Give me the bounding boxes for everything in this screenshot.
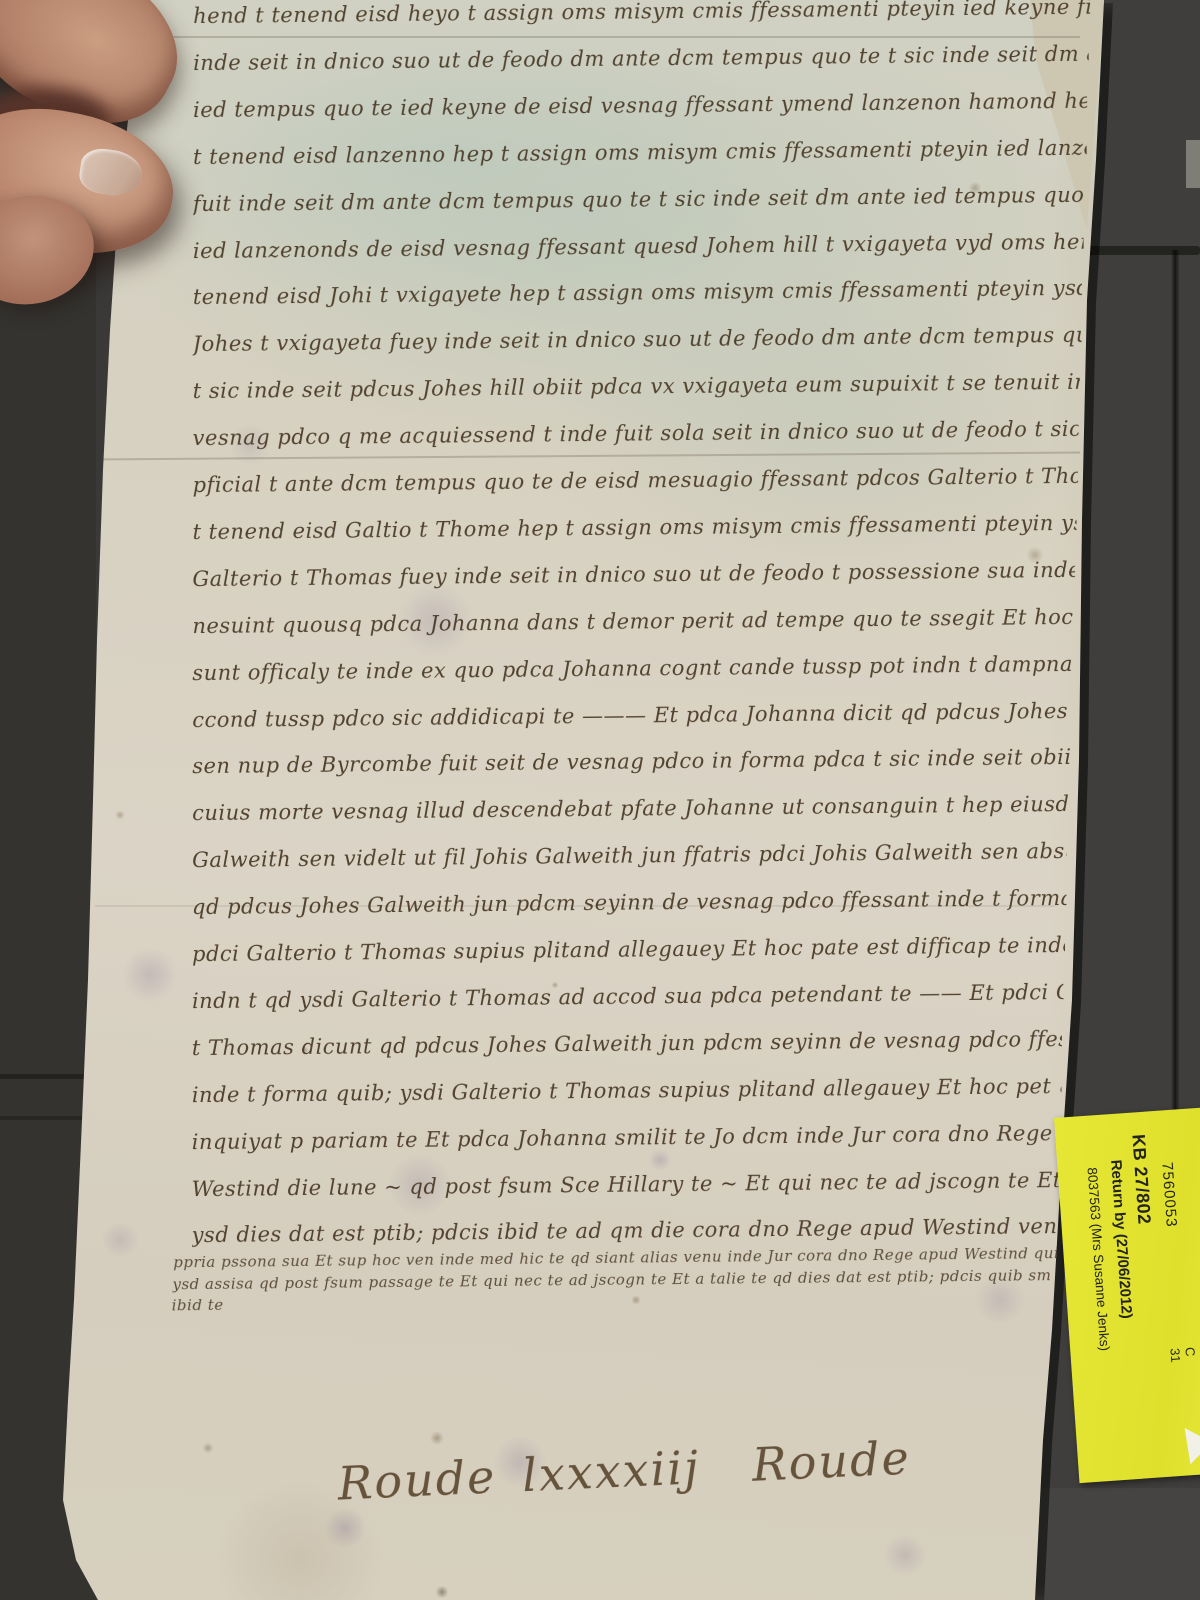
manuscript-line: ysd dies dat est ptib; pdcis ibid te ad … — [191, 1214, 1057, 1247]
manuscript-line: sunt officaly te inde ex quo pdca Johann… — [192, 651, 1072, 684]
label-location-block: 6 C 31 — [1166, 1346, 1200, 1401]
footer-word: lxxxxiij — [521, 1440, 701, 1502]
manuscript-line: t Thomas dicunt qd pdcus Johes Galweith … — [192, 1027, 1063, 1060]
manuscript-line: ied lanzenonds de eisd vesnag ffessant q… — [193, 229, 1084, 262]
manuscript-line: Westind die lune ~ qd post fsum Sce Hill… — [192, 1168, 1059, 1201]
footer-word: Roude — [336, 1449, 497, 1510]
manuscript-line: sen nup de Byrcombe fuit seit de vesnag … — [192, 745, 1070, 778]
background-highlight-patch — [1186, 140, 1200, 188]
manuscript-line: hend t tenend eisd heyo t assign oms mis… — [193, 0, 1090, 28]
manuscript-line: t tenend eisd Galtio t Thome hep t assig… — [192, 511, 1076, 544]
background-seam — [0, 1116, 96, 1120]
manuscript-line: ied tempus quo te ied keyne de eisd vesn… — [193, 89, 1088, 122]
manuscript-line: inquiyat p pariam te Et pdca Johanna smi… — [192, 1121, 1060, 1154]
manuscript-line: nesuint quousq pdca Johanna dans t demor… — [192, 605, 1074, 638]
manuscript-line: fuit inde seit dm ante dcm tempus quo te… — [193, 182, 1085, 215]
archive-label: 7560053 KB 27/802 Return by (27/06/2012)… — [1054, 1106, 1200, 1483]
background-seam — [0, 1074, 96, 1079]
background-seam — [1171, 250, 1179, 1130]
background-bottom-block — [1030, 1488, 1200, 1600]
manuscript-line: cuius morte vesnag illud descendebat pfa… — [192, 792, 1069, 825]
manuscript-footer-inscription: RoudelxxxxiijRoude — [336, 1431, 911, 1511]
label-text-block: 7560053 KB 27/802 Return by (27/06/2012)… — [1073, 1121, 1200, 1469]
hand — [0, 0, 240, 310]
manuscript-line: tenend eisd Johi t vxigayete hep t assig… — [193, 276, 1083, 309]
manuscript-line: pficial t ante dcm tempus quo te de eisd… — [192, 464, 1077, 497]
manuscript-line: pdci Galterio t Thomas supius plitand al… — [192, 933, 1065, 966]
manuscript-line: indn t qd ysdi Galterio t Thomas ad acco… — [192, 980, 1064, 1013]
manuscript-line: vesnag pdco q me acquiessend t inde fuit… — [193, 417, 1079, 450]
manuscript-line: inde seit in dnico suo ut de feodo dm an… — [193, 42, 1089, 75]
manuscript-line: t sic inde seit pdcus Johes hill obiit p… — [193, 370, 1081, 403]
manuscript-line: ccond tussp pdco sic addidicapi te ——— E… — [192, 698, 1071, 731]
manuscript-line: t tenend eisd lanzenno hep t assign oms … — [193, 135, 1087, 168]
manuscript-line: Galweith sen videlt ut fil Johis Galweit… — [192, 839, 1068, 872]
manuscript-line: qd pdcus Johes Galweith jun pdcm seyinn … — [192, 886, 1066, 919]
archive-photo: { "manuscript": { "lines": [ "hend t ten… — [0, 0, 1200, 1600]
manuscript-line: inde t forma quib; ysdi Galterio t Thoma… — [192, 1074, 1062, 1107]
footer-word: Roude — [751, 1431, 912, 1492]
manuscript-line: Johes t vxigayeta fuey inde seit in dnic… — [193, 323, 1082, 356]
manuscript-line: Galterio t Thomas fuey inde seit in dnic… — [192, 558, 1075, 591]
